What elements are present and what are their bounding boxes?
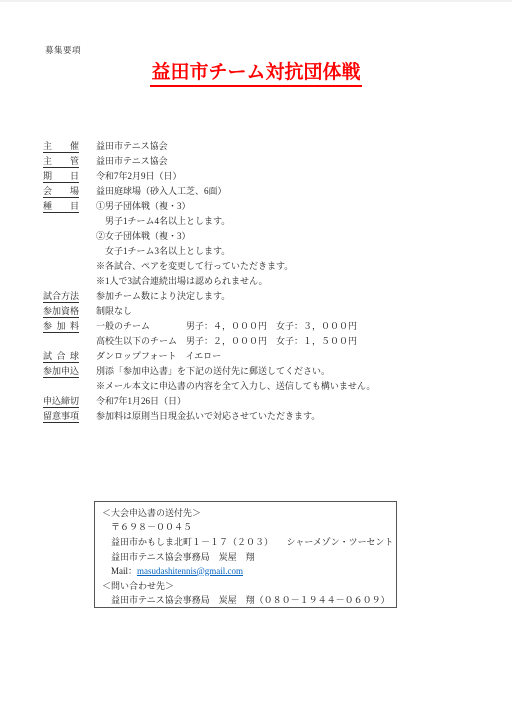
- detail-label: 試合球: [43, 350, 79, 363]
- contact-line: 益田市テニス協会事務局 炭屋 翔（０８０－１９４４－０６０９）: [102, 593, 392, 608]
- detail-label: 主催: [43, 140, 79, 153]
- detail-label: 種目: [43, 200, 79, 213]
- contact-line: ＜大会申込書の送付先＞: [102, 505, 392, 520]
- detail-row: 参加資格制限なし: [43, 304, 502, 319]
- detail-text: 益田市テニス協会: [96, 154, 168, 169]
- page-edge-artifact: [0, 0, 512, 2]
- detail-row: 男子1チーム4名以上とします。: [43, 214, 502, 229]
- contact-line: Mail：masudashitennis@gmail.com: [102, 563, 392, 578]
- detail-label: [43, 276, 79, 288]
- detail-row: 参加申込別添「参加申込書」を下記の送付先に郵送してください。: [43, 364, 502, 379]
- detail-row: 主管益田市テニス協会: [43, 154, 502, 169]
- contact-line: 益田市かもしま北町１－１７（２０３） シャーメゾン・ツーセント: [102, 534, 392, 549]
- detail-text: 益田市テニス協会: [96, 139, 168, 154]
- detail-row: 会場益田庭球場（砂入人工芝、6面）: [43, 184, 502, 199]
- detail-text: ※1人で3試合連続出場は認められません。: [96, 274, 268, 289]
- contact-line: 〒６９８－００４５: [102, 520, 392, 535]
- detail-label: 参加資格: [43, 305, 79, 318]
- email-label: Mail：: [102, 564, 137, 577]
- detail-label: 参加料: [43, 320, 79, 333]
- detail-text: 令和7年2月9日（日）: [96, 169, 182, 184]
- detail-row: 主催益田市テニス協会: [43, 139, 502, 154]
- detail-row: ※1人で3試合連続出場は認められません。: [43, 274, 502, 289]
- contact-line: ＜問い合わせ先＞: [102, 578, 392, 593]
- detail-label: 試合方法: [43, 290, 79, 303]
- detail-label: [43, 381, 79, 393]
- detail-row: 試合球ダンロップフォート イエロー: [43, 349, 502, 364]
- recruitment-guidelines-label: 募集要項: [45, 44, 81, 56]
- document-page: 募集要項 益田市チーム対抗団体戦 主催益田市テニス協会主管益田市テニス協会期日令…: [0, 0, 512, 712]
- detail-text: ①男子団体戦（複・3）: [96, 199, 191, 214]
- detail-label: 参加申込: [43, 365, 79, 378]
- detail-text: 別添「参加申込書」を下記の送付先に郵送してください。: [96, 364, 330, 379]
- tournament-title: 益田市チーム対抗団体戦: [150, 62, 361, 87]
- detail-row: ②女子団体戦（複・3）: [43, 229, 502, 244]
- detail-row: 期日令和7年2月9日（日）: [43, 169, 502, 184]
- detail-label: 会場: [43, 185, 79, 198]
- detail-label: [43, 231, 79, 243]
- detail-text: ※各試合、ペアを変更して行っていただきます。: [96, 259, 293, 274]
- detail-label: 期日: [43, 170, 79, 183]
- details-list: 主催益田市テニス協会主管益田市テニス協会期日令和7年2月9日（日）会場益田庭球場…: [43, 139, 502, 424]
- detail-text: ※メール本文に申込書の内容を全て入力し、送信しても構いません。: [96, 379, 375, 394]
- detail-row: ※メール本文に申込書の内容を全て入力し、送信しても構いません。: [43, 379, 502, 394]
- detail-text: 制限なし: [96, 304, 132, 319]
- email-link[interactable]: masudashitennis@gmail.com: [137, 566, 243, 576]
- detail-text: ②女子団体戦（複・3）: [96, 229, 191, 244]
- contact-box: ＜大会申込書の送付先＞ 〒６９８－００４５ 益田市かもしま北町１－１７（２０３）…: [94, 501, 397, 608]
- detail-text: 男子1チーム4名以上とします。: [96, 214, 230, 229]
- detail-row: 種目①男子団体戦（複・3）: [43, 199, 502, 214]
- detail-row: 女子1チーム3名以上とします。: [43, 244, 502, 259]
- detail-label: 留意事項: [43, 410, 79, 423]
- detail-row: 高校生以下のチーム 男子：２，０００円 女子：１，５００円: [43, 334, 502, 349]
- detail-text: 女子1チーム3名以上とします。: [96, 244, 230, 259]
- detail-text: ダンロップフォート イエロー: [96, 349, 221, 364]
- detail-row: 留意事項参加料は原則当日現金払いで対応させていただきます。: [43, 409, 502, 424]
- detail-label: [43, 216, 79, 228]
- detail-label: [43, 261, 79, 273]
- detail-row: ※各試合、ペアを変更して行っていただきます。: [43, 259, 502, 274]
- detail-row: 申込締切令和7年1月26日（日）: [43, 394, 502, 409]
- detail-label: [43, 336, 79, 348]
- detail-text: 令和7年1月26日（日）: [96, 394, 186, 409]
- detail-text: 益田庭球場（砂入人工芝、6面）: [96, 184, 227, 199]
- detail-label: 主管: [43, 155, 79, 168]
- detail-text: 参加チーム数により決定します。: [96, 289, 230, 304]
- detail-text: 高校生以下のチーム 男子：２，０００円 女子：１，５００円: [96, 334, 357, 349]
- contact-line: 益田市テニス協会事務局 炭屋 翔: [102, 549, 392, 564]
- detail-row: 参加料一般のチーム 男子：４，０００円 女子：３，０００円: [43, 319, 502, 334]
- detail-text: 一般のチーム 男子：４，０００円 女子：３，０００円: [96, 319, 357, 334]
- detail-label: [43, 246, 79, 258]
- detail-label: 申込締切: [43, 395, 79, 408]
- title-container: 益田市チーム対抗団体戦: [0, 62, 512, 87]
- detail-row: 試合方法参加チーム数により決定します。: [43, 289, 502, 304]
- detail-text: 参加料は原則当日現金払いで対応させていただきます。: [96, 409, 320, 424]
